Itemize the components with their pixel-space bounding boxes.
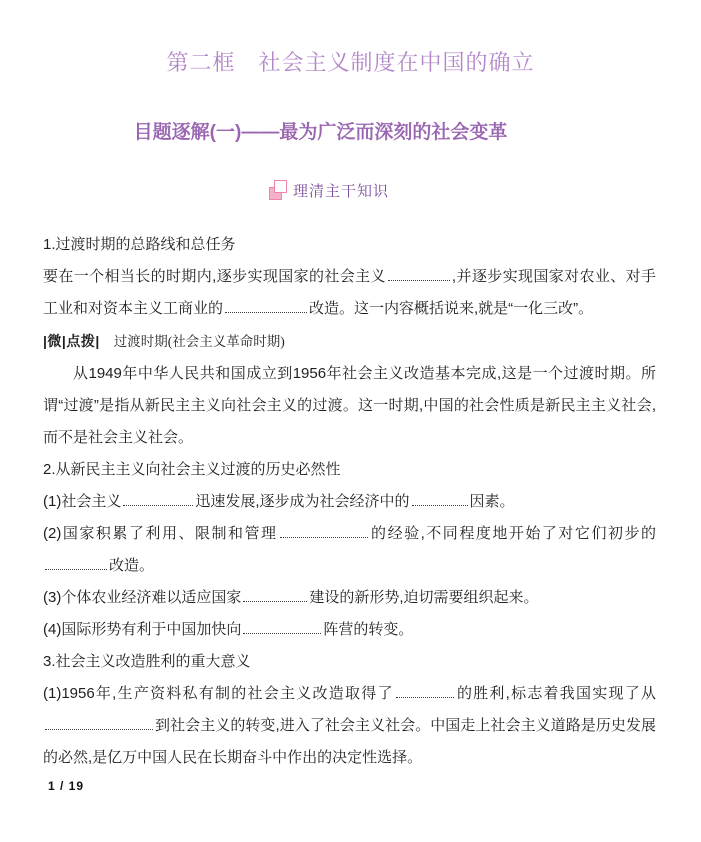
- page-title: 第二框 社会主义制度在中国的确立: [0, 46, 701, 77]
- overlap-squares-icon: [268, 179, 290, 202]
- document-page: 第二框 社会主义制度在中国的确立 目题逐解(一)——最为广泛而深刻的社会变革 理…: [0, 0, 701, 842]
- text-segment: 的胜利,标志着我国实现了从: [456, 685, 656, 702]
- page-number: 1 / 19: [48, 779, 84, 793]
- list-item-2-4: (4)国际形势有利于中国加快向阵营的转变。: [43, 614, 656, 646]
- text-segment: 改造。这一内容概括说来,就是“一化三改”。: [309, 300, 593, 317]
- text-segment: 因素。: [470, 493, 515, 510]
- banner-label: 理清主干知识: [293, 180, 389, 201]
- knowledge-point-heading-2: 2.从新民主主义向社会主义过渡的历史必然性: [43, 454, 656, 486]
- text-segment: (1)社会主义: [43, 493, 121, 510]
- text-segment: 迅速发展,逐步成为社会经济中的: [195, 493, 409, 510]
- answer-blank: [243, 619, 321, 634]
- micro-tip-label: |微|点拨|: [43, 333, 100, 349]
- paragraph-total-line: 要在一个相当长的时期内,逐步实现国家的社会主义,并逐步实现国家对农业、对手工业和…: [43, 261, 656, 325]
- micro-tip-line: |微|点拨|过渡时期(社会主义革命时期): [43, 325, 656, 358]
- knowledge-point-heading-1: 1.过渡时期的总路线和总任务: [43, 229, 656, 261]
- section-banner: 理清主干知识: [0, 179, 679, 202]
- list-item-3-1: (1)1956年,生产资料私有制的社会主义改造取得了的胜利,标志着我国实现了从到…: [43, 678, 656, 774]
- list-item-2-3: (3)个体农业经济难以适应国家建设的新形势,迫切需要组织起来。: [43, 582, 656, 614]
- answer-blank: [45, 715, 153, 730]
- answer-blank: [225, 298, 307, 313]
- overlap-squares-icon-front: [274, 180, 287, 193]
- answer-blank: [243, 587, 307, 602]
- answer-blank: [388, 266, 450, 281]
- text-segment: 的经验,不同程度地开始了对它们初步的: [370, 525, 656, 542]
- text-segment: (4)国际形势有利于中国加快向: [43, 621, 241, 638]
- text-segment: 阵营的转变。: [323, 621, 413, 638]
- text-segment: (2)国家积累了利用、限制和管理: [43, 525, 278, 542]
- answer-blank: [396, 683, 454, 698]
- page-subtitle: 目题逐解(一)——最为广泛而深刻的社会变革: [0, 117, 671, 144]
- answer-blank: [45, 555, 107, 570]
- text-segment: 改造。: [109, 557, 154, 574]
- text-segment: (1)1956年,生产资料私有制的社会主义改造取得了: [43, 685, 394, 702]
- list-item-2-2: (2)国家积累了利用、限制和管理的经验,不同程度地开始了对它们初步的改造。: [43, 518, 656, 582]
- answer-blank: [280, 523, 368, 538]
- knowledge-point-heading-3: 3.社会主义改造胜利的重大意义: [43, 646, 656, 678]
- answer-blank: [412, 491, 468, 506]
- text-segment: (3)个体农业经济难以适应国家: [43, 589, 241, 606]
- text-segment: 要在一个相当长的时期内,逐步实现国家的社会主义: [43, 268, 386, 285]
- micro-tip-text: 过渡时期(社会主义革命时期): [114, 334, 285, 349]
- document-body: 1.过渡时期的总路线和总任务 要在一个相当长的时期内,逐步实现国家的社会主义,并…: [0, 229, 701, 774]
- answer-blank: [123, 491, 193, 506]
- list-item-2-1: (1)社会主义迅速发展,逐步成为社会经济中的因素。: [43, 486, 656, 518]
- paragraph-transition-period: 从1949年中华人民共和国成立到1956年社会主义改造基本完成,这是一个过渡时期…: [43, 358, 656, 454]
- text-segment: 建设的新形势,迫切需要组织起来。: [309, 589, 538, 606]
